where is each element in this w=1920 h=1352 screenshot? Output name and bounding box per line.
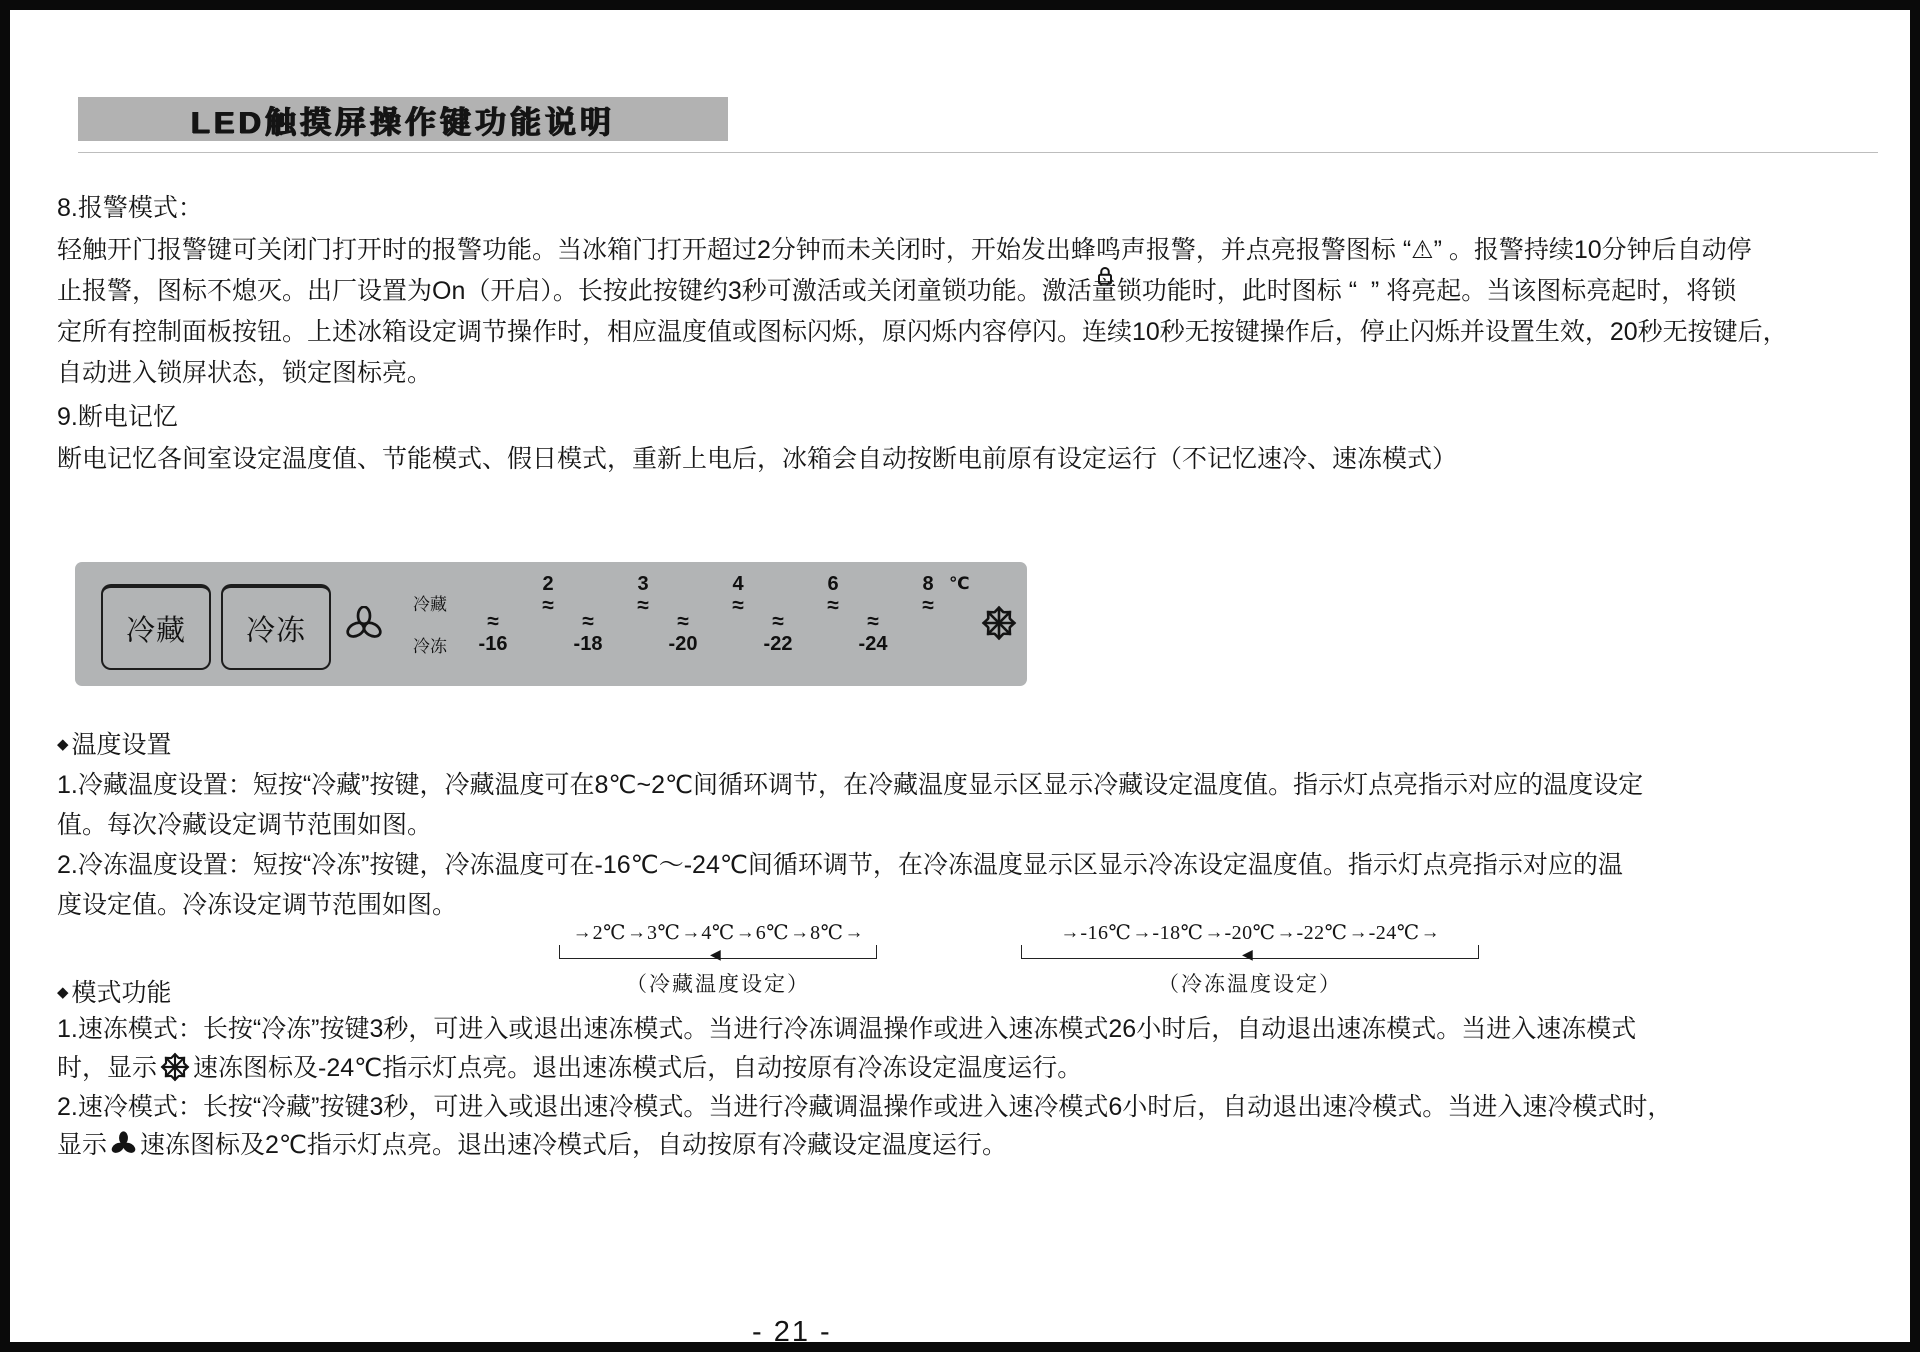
paragraph-line: 值。每次冷藏设定调节范围如图。 [57,810,1892,840]
fridge-temp-mark-8: 8≈ [905,572,951,616]
cycle-value: 2℃ [593,921,626,945]
line-text: 时，显示 [57,1054,157,1082]
diamond-bullet-icon: ◆ [57,736,69,753]
fridge-temp-mark-2: 2≈ [525,572,571,616]
paragraph-line: 自动进入锁屏状态，锁定图标亮。 [57,358,1892,388]
arrow-icon: → [736,921,755,945]
diamond-bullet-icon: ◆ [57,984,69,1001]
heading-text: 温度设置 [72,731,172,759]
fridge-temp-mark-4: 4≈ [715,572,761,616]
paragraph-line: 时，显示速冻图标及-24℃指示灯点亮。退出速冻模式后，自动按原有冷冻设定温度运行… [57,1052,1892,1083]
page-border [0,0,10,1352]
arrow-icon: → [1421,921,1440,945]
snowflake-icon [981,605,1017,641]
cycle-value: 8℃ [810,921,843,945]
arrow-icon: → [1060,921,1079,945]
freezer-temp-mark--24: ≈-24 [850,612,896,656]
paragraph-line: 轻触开门报警键可关闭门打开时的报警功能。当冰箱门打开超过2分钟而未关闭时，开始发… [57,235,1892,265]
section-8-heading: 8.报警模式： [57,193,1892,223]
cycle-value: -24℃ [1369,921,1420,945]
paragraph-line: 度设定值。冷冻设定调节范围如图。 [57,890,1892,920]
freezer-temp-mark--16: ≈-16 [470,612,516,656]
cycle-loop: ◀ [559,945,877,959]
back-arrow-icon: ◀ [1242,949,1253,963]
line-text: 显示 [57,1131,107,1159]
arrow-icon: → [627,921,646,945]
arrow-icon: → [573,921,592,945]
snowflake-icon [160,1052,190,1082]
cycle-value: -22℃ [1297,921,1348,945]
arrow-icon: → [681,921,700,945]
paragraph-line: 1.冷藏温度设置：短按“冷藏”按键，冷藏温度可在8℃~2℃间循环调节，在冷藏温度… [57,770,1892,800]
control-panel-figure: 冷藏 冷冻 冷藏 冷冻 2≈3≈4≈6≈8≈≈-16≈-18≈-20≈-22≈-… [75,562,1027,686]
heading-text: 模式功能 [72,979,172,1007]
cycle-value: 6℃ [756,921,789,945]
paragraph-line: 定所有控制面板按钮。上述冰箱设定调节操作时，相应温度值或图标闪烁，原闪烁内容停闪… [57,317,1892,347]
back-arrow-icon: ◀ [710,949,721,963]
freezer-temp-mark--22: ≈-22 [755,612,801,656]
arrow-icon: → [1349,921,1368,945]
paragraph-line: 2.冷冻温度设置：短按“冷冻”按键，冷冻温度可在-16℃～-24℃间循环调节，在… [57,850,1892,880]
arrow-icon: → [1204,921,1223,945]
paragraph-line: 1.速冻模式：长按“冷冻”按键3秒，可进入或退出速冻模式。当进行冷冻调温操作或进… [57,1014,1892,1044]
title-divider [78,152,1878,153]
mode-section-heading: ◆模式功能 [57,978,1892,1008]
cycle-loop: ◀ [1021,945,1479,959]
cycle-value: 4℃ [701,921,734,945]
cycle-value: -16℃ [1080,921,1131,945]
section-title-bar: LED触摸屏操作键功能说明 [78,97,728,141]
page-border [0,0,1920,10]
line-text: 速冻图标及2℃指示灯点亮。退出速冷模式后，自动按原有冷藏设定温度运行。 [140,1131,1007,1159]
temperature-section-heading: ◆温度设置 [57,730,1892,760]
arrow-icon: → [1277,921,1296,945]
cycle-value: 3℃ [647,921,680,945]
fridge-temp-mark-6: 6≈ [810,572,856,616]
arrow-icon: → [844,921,863,945]
freezer-cycle-row: →-16℃→-18℃→-20℃→-22℃→-24℃→ [1015,921,1485,945]
paragraph-line: 2.速冷模式：长按“冷藏”按键3秒，可进入或退出速冷模式。当进行冷藏调温操作或进… [57,1092,1892,1122]
line-text: 速冻图标及-24℃指示灯点亮。退出速冻模式后，自动按原有冷冻设定温度运行。 [193,1054,1082,1082]
arrow-icon: → [1132,921,1151,945]
manual-page: LED触摸屏操作键功能说明 8.报警模式： 轻触开门报警键可关闭门打开时的报警功… [0,0,1920,1352]
panel-scale: 2≈3≈4≈6≈8≈≈-16≈-18≈-20≈-22≈-24 [75,562,1027,686]
page-border [0,1342,1920,1352]
arrow-icon: → [790,921,809,945]
freezer-temp-mark--20: ≈-20 [660,612,706,656]
paragraph-line: 断电记忆各间室设定温度值、节能模式、假日模式，重新上电后，冰箱会自动按断电前原有… [57,444,1892,474]
cycle-value: -20℃ [1224,921,1275,945]
celsius-unit: ℃ [949,574,970,594]
page-title: LED触摸屏操作键功能说明 [191,97,615,142]
fridge-cycle-row: →2℃→3℃→4℃→6℃→8℃→ [553,921,883,945]
paragraph-line: 显示速冻图标及2℃指示灯点亮。退出速冷模式后，自动按原有冷藏设定温度运行。 [57,1130,1892,1160]
section-9-heading: 9.断电记忆 [57,402,1892,432]
freezer-temp-mark--18: ≈-18 [565,612,611,656]
page-number: - 21 - [752,1316,832,1349]
fridge-temp-mark-3: 3≈ [620,572,666,616]
paragraph-line: 止报警，图标不熄灭。出厂设置为On（开启）。长按此按键约3秒可激活或关闭童锁功能… [57,276,1892,306]
cycle-value: -18℃ [1152,921,1203,945]
fan-icon [110,1131,137,1158]
child-lock-icon [1096,266,1114,286]
page-border [1910,0,1920,1352]
